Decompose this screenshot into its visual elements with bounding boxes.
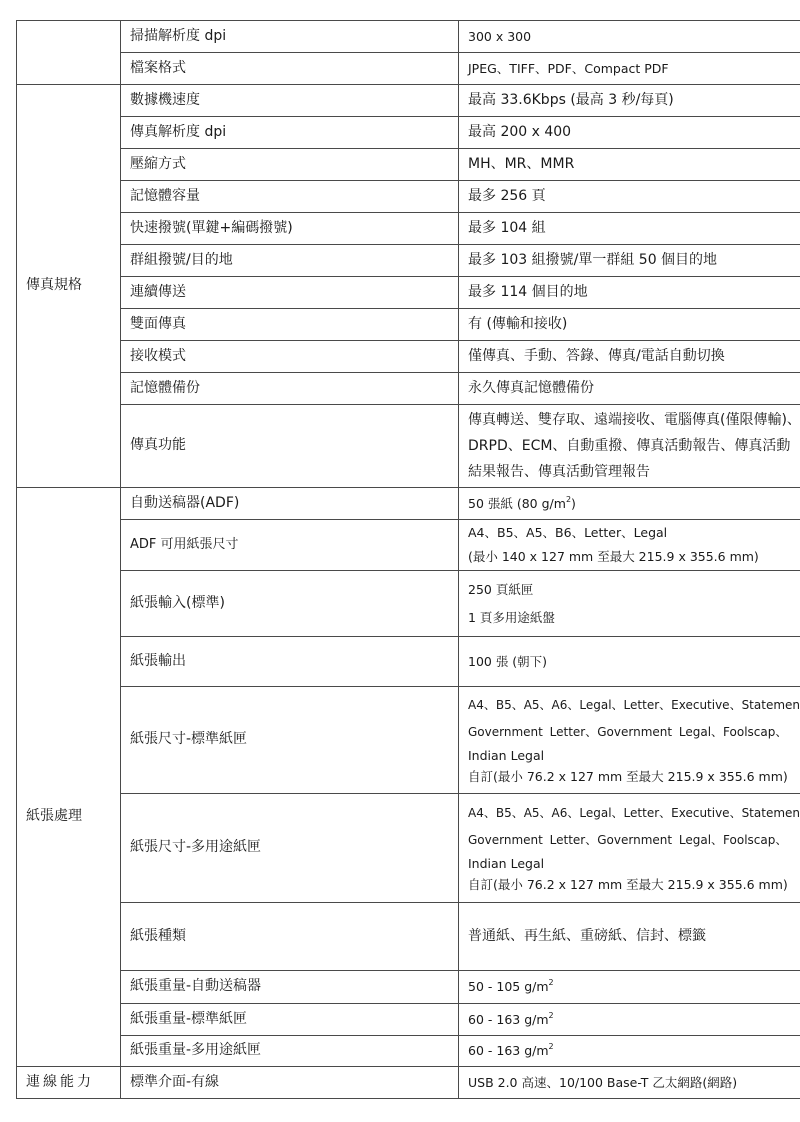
spec-label: 紙張重量-標準紙匣 (121, 1004, 459, 1036)
spec-value: 100 張 (朝下) (459, 637, 800, 687)
spec-value: A4、B5、A5、B6、Letter、Legal (最小 140 x 127 m… (459, 520, 800, 571)
spec-label: 壓縮方式 (121, 149, 459, 181)
spec-label: ADF 可用紙張尺寸 (121, 520, 459, 571)
spec-label: 檔案格式 (121, 53, 459, 85)
spec-value: 50 張紙 (80 g/m2) (459, 488, 800, 520)
table-row: 連線能力 標準介面-有線 USB 2.0 高速、10/100 Base-T 乙太… (17, 1067, 800, 1099)
value-line: 250 頁紙匣 (468, 576, 800, 604)
table-row: 紙張重量-多用途紙匣 60 - 163 g/m2 (17, 1036, 800, 1067)
table-row: 紙張種類 普通紙、再生紙、重磅紙、信封、標籤 (17, 903, 800, 971)
spec-value: 普通紙、再生紙、重磅紙、信封、標籤 (459, 903, 800, 971)
spec-value: USB 2.0 高速、10/100 Base-T 乙太網路(網路) (459, 1067, 800, 1099)
value-line: 結果報告、傳真活動管理報告 (468, 459, 800, 485)
superscript: 2 (549, 1042, 554, 1051)
value-line: Indian Legal (468, 854, 800, 874)
value-line: DRPD、ECM、自動重撥、傳真活動報告、傳真活動 (468, 433, 800, 459)
spec-value: 50 - 105 g/m2 (459, 971, 800, 1004)
spec-value: JPEG、TIFF、PDF、Compact PDF (459, 53, 800, 85)
spec-value: A4、B5、A5、A6、Legal、Letter、Executive、State… (459, 794, 800, 903)
table-row: 紙張輸出 100 張 (朝下) (17, 637, 800, 687)
spec-label: 記憶體容量 (121, 181, 459, 213)
category-cell-fax: 傳真規格 (17, 85, 121, 488)
value-text: 50 - 105 g/m (468, 979, 549, 994)
table-row: 紙張處理 自動送稿器(ADF) 50 張紙 (80 g/m2) (17, 488, 800, 520)
table-row: 紙張重量-標準紙匣 60 - 163 g/m2 (17, 1004, 800, 1036)
spec-label: 接收模式 (121, 341, 459, 373)
spec-value: MH、MR、MMR (459, 149, 800, 181)
table-row: 群組撥號/目的地 最多 103 組撥號/單一群組 50 個目的地 (17, 245, 800, 277)
table-row: 紙張尺寸-多用途紙匣 A4、B5、A5、A6、Legal、Letter、Exec… (17, 794, 800, 903)
spec-label: 紙張重量-多用途紙匣 (121, 1036, 459, 1067)
table-row: 雙面傳真 有 (傳輸和接收) (17, 309, 800, 341)
table-row: 接收模式 僅傳真、手動、答錄、傳真/電話自動切換 (17, 341, 800, 373)
spec-label: 紙張輸入(標準) (121, 571, 459, 637)
superscript: 2 (549, 1011, 554, 1020)
spec-label: 群組撥號/目的地 (121, 245, 459, 277)
spec-value: 永久傳真記憶體備份 (459, 373, 800, 405)
table-row: 連續傳送 最多 114 個目的地 (17, 277, 800, 309)
value-line: 自訂(最小 76.2 x 127 mm 至最大 215.9 x 355.6 mm… (468, 874, 800, 896)
value-line: Government Letter、Government Legal、Fools… (468, 719, 800, 746)
value-line: 自訂(最小 76.2 x 127 mm 至最大 215.9 x 355.6 mm… (468, 766, 800, 788)
spec-label: 傳真功能 (121, 405, 459, 488)
spec-label: 掃描解析度 dpi (121, 21, 459, 53)
value-line: A4、B5、A5、A6、Legal、Letter、Executive、State… (468, 692, 800, 719)
spec-label: 連續傳送 (121, 277, 459, 309)
spec-value: 僅傳真、手動、答錄、傳真/電話自動切換 (459, 341, 800, 373)
value-line: A4、B5、A5、B6、Letter、Legal (468, 521, 800, 545)
value-line: Indian Legal (468, 746, 800, 766)
spec-label: 快速撥號(單鍵+編碼撥號) (121, 213, 459, 245)
spec-label: 紙張尺寸-多用途紙匣 (121, 794, 459, 903)
value-line: 傳真轉送、雙存取、遠端接收、電腦傳真(僅限傳輸)、 (468, 407, 800, 433)
spec-label: 數據機速度 (121, 85, 459, 117)
table-row: 快速撥號(單鍵+編碼撥號) 最多 104 組 (17, 213, 800, 245)
table-row: 掃描解析度 dpi 300 x 300 (17, 21, 800, 53)
category-cell-scan (17, 21, 121, 85)
spec-value: 傳真轉送、雙存取、遠端接收、電腦傳真(僅限傳輸)、 DRPD、ECM、自動重撥、… (459, 405, 800, 488)
spec-value: 60 - 163 g/m2 (459, 1036, 800, 1067)
value-line: Government Letter、Government Legal、Fools… (468, 827, 800, 854)
table-row: 傳真功能 傳真轉送、雙存取、遠端接收、電腦傳真(僅限傳輸)、 DRPD、ECM、… (17, 405, 800, 488)
spec-label: 標準介面-有線 (121, 1067, 459, 1099)
spec-value: 300 x 300 (459, 21, 800, 53)
table-row: 傳真規格 數據機速度 最高 33.6Kbps (最高 3 秒/每頁) (17, 85, 800, 117)
spec-value: 最多 114 個目的地 (459, 277, 800, 309)
value-line: 1 頁多用途紙盤 (468, 604, 800, 632)
value-text: 50 張紙 (80 g/m (468, 496, 566, 511)
spec-label: 紙張尺寸-標準紙匣 (121, 687, 459, 794)
spec-value: 最多 256 頁 (459, 181, 800, 213)
category-cell-paper: 紙張處理 (17, 488, 121, 1067)
spec-value: 最高 33.6Kbps (最高 3 秒/每頁) (459, 85, 800, 117)
table-row: 紙張尺寸-標準紙匣 A4、B5、A5、A6、Legal、Letter、Execu… (17, 687, 800, 794)
spec-label: 紙張輸出 (121, 637, 459, 687)
category-cell-connectivity: 連線能力 (17, 1067, 121, 1099)
value-line: (最小 140 x 127 mm 至最大 215.9 x 355.6 mm) (468, 545, 800, 569)
spec-value: 最多 103 組撥號/單一群組 50 個目的地 (459, 245, 800, 277)
spec-value: A4、B5、A5、A6、Legal、Letter、Executive、State… (459, 687, 800, 794)
spec-label: 自動送稿器(ADF) (121, 488, 459, 520)
table-row: 記憶體容量 最多 256 頁 (17, 181, 800, 213)
value-text: ) (571, 496, 576, 511)
spec-value: 60 - 163 g/m2 (459, 1004, 800, 1036)
spec-value: 250 頁紙匣 1 頁多用途紙盤 (459, 571, 800, 637)
value-text: 60 - 163 g/m (468, 1012, 549, 1027)
spec-label: 紙張種類 (121, 903, 459, 971)
spec-value: 最多 104 組 (459, 213, 800, 245)
spec-table: 掃描解析度 dpi 300 x 300 檔案格式 JPEG、TIFF、PDF、C… (16, 20, 800, 1099)
table-row: 傳真解析度 dpi 最高 200 x 400 (17, 117, 800, 149)
superscript: 2 (549, 978, 554, 987)
value-line: A4、B5、A5、A6、Legal、Letter、Executive、State… (468, 800, 800, 827)
spec-label: 記憶體備份 (121, 373, 459, 405)
value-text: 60 - 163 g/m (468, 1043, 549, 1058)
spec-value: 最高 200 x 400 (459, 117, 800, 149)
table-row: 壓縮方式 MH、MR、MMR (17, 149, 800, 181)
spec-label: 雙面傳真 (121, 309, 459, 341)
spec-label: 紙張重量-自動送稿器 (121, 971, 459, 1004)
category-label: 紙張處理 (26, 808, 82, 824)
spec-label: 傳真解析度 dpi (121, 117, 459, 149)
table-row: 檔案格式 JPEG、TIFF、PDF、Compact PDF (17, 53, 800, 85)
table-row: 紙張重量-自動送稿器 50 - 105 g/m2 (17, 971, 800, 1004)
table-row: 紙張輸入(標準) 250 頁紙匣 1 頁多用途紙盤 (17, 571, 800, 637)
table-row: ADF 可用紙張尺寸 A4、B5、A5、B6、Letter、Legal (最小 … (17, 520, 800, 571)
table-row: 記憶體備份 永久傳真記憶體備份 (17, 373, 800, 405)
spec-value: 有 (傳輸和接收) (459, 309, 800, 341)
